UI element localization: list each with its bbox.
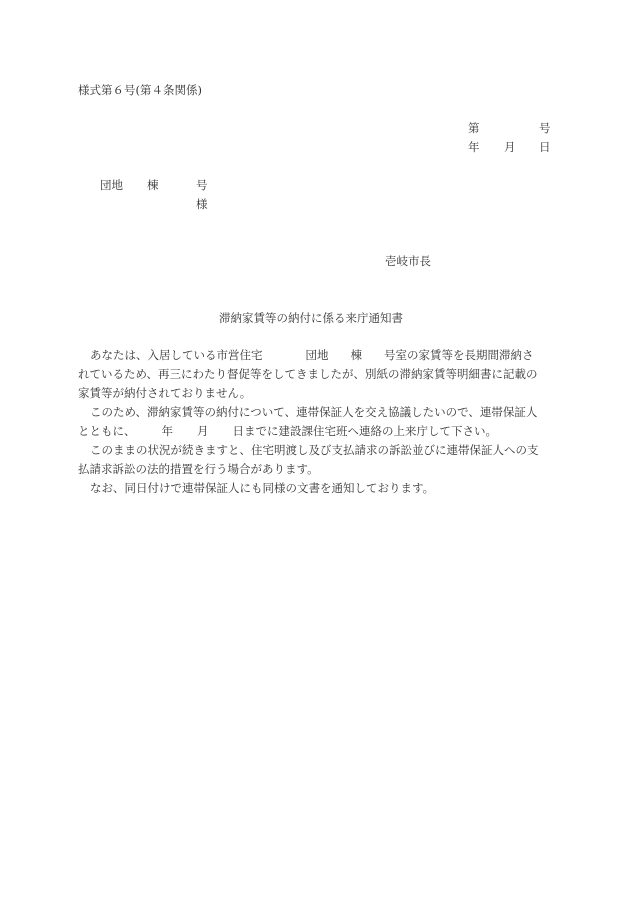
p2-text-d: 日までに建設課住宅班へ連絡の上来庁して下さい。	[233, 424, 498, 438]
date-day: 日	[539, 142, 551, 154]
form-id: 様式第６号(第４条関係)	[78, 85, 202, 97]
body-p2-line2: とともに、年月日までに建設課住宅班へ連絡の上来庁して下さい。	[78, 422, 558, 441]
number-prefix: 第	[468, 123, 480, 135]
body-p3-line1: このままの状況が続きますと、住宅明渡し及び支払請求の訴訟並びに連帯保証人への支	[78, 441, 558, 460]
body-p3-line2: 払請求訴訟の法的措置を行う場合があります。	[78, 460, 558, 479]
p1-danchi: 団地	[306, 348, 329, 362]
p2-month: 月	[197, 424, 209, 438]
addressee-number: 号	[196, 180, 208, 192]
number-suffix: 号	[539, 123, 551, 135]
addressee-danchi: 団地	[100, 180, 123, 192]
body-p1-line2: れているため、再三にわたり督促等をしてきましたが、別紙の滞納家賃等明細書に記載の	[78, 365, 558, 384]
body-p1-line3: 家賃等が納付されておりません。	[78, 384, 558, 403]
body-p4-line1: なお、同日付けで連帯保証人にも同様の文書を通知しております。	[78, 479, 558, 498]
date-month: 月	[504, 142, 516, 154]
document-body: あなたは、入居している市営住宅団地棟号室の家賃等を長期間滞納さ れているため、再…	[78, 346, 558, 498]
date-year: 年	[468, 142, 480, 154]
p1-text-d: 号室の家賃等を長期間滞納さ	[384, 348, 534, 362]
p3-text: このままの状況が続きますと、住宅明渡し及び支払請求の訴訟並びに連帯保証人への支	[90, 443, 539, 457]
addressee-building: 棟	[147, 180, 159, 192]
p4-text: なお、同日付けで連帯保証人にも同様の文書を通知しております。	[90, 481, 434, 495]
body-p2-line1: このため、滞納家賃等の納付について、連帯保証人を交え協議したいので、連帯保証人	[78, 403, 558, 422]
document-title: 滞納家賃等の納付に係る来庁通知書	[219, 313, 403, 325]
p2-text: このため、滞納家賃等の納付について、連帯保証人を交え協議したいので、連帯保証人	[90, 405, 537, 419]
body-p1-line1: あなたは、入居している市営住宅団地棟号室の家賃等を長期間滞納さ	[78, 346, 558, 365]
p2-text-a: とともに、	[78, 424, 136, 438]
p2-year: 年	[162, 424, 174, 438]
p1-building: 棟	[351, 348, 363, 362]
issuer: 壱岐市長	[385, 256, 431, 268]
p1-text-a: あなたは、入居している市営住宅	[90, 348, 263, 362]
addressee-honorific: 様	[196, 199, 208, 211]
